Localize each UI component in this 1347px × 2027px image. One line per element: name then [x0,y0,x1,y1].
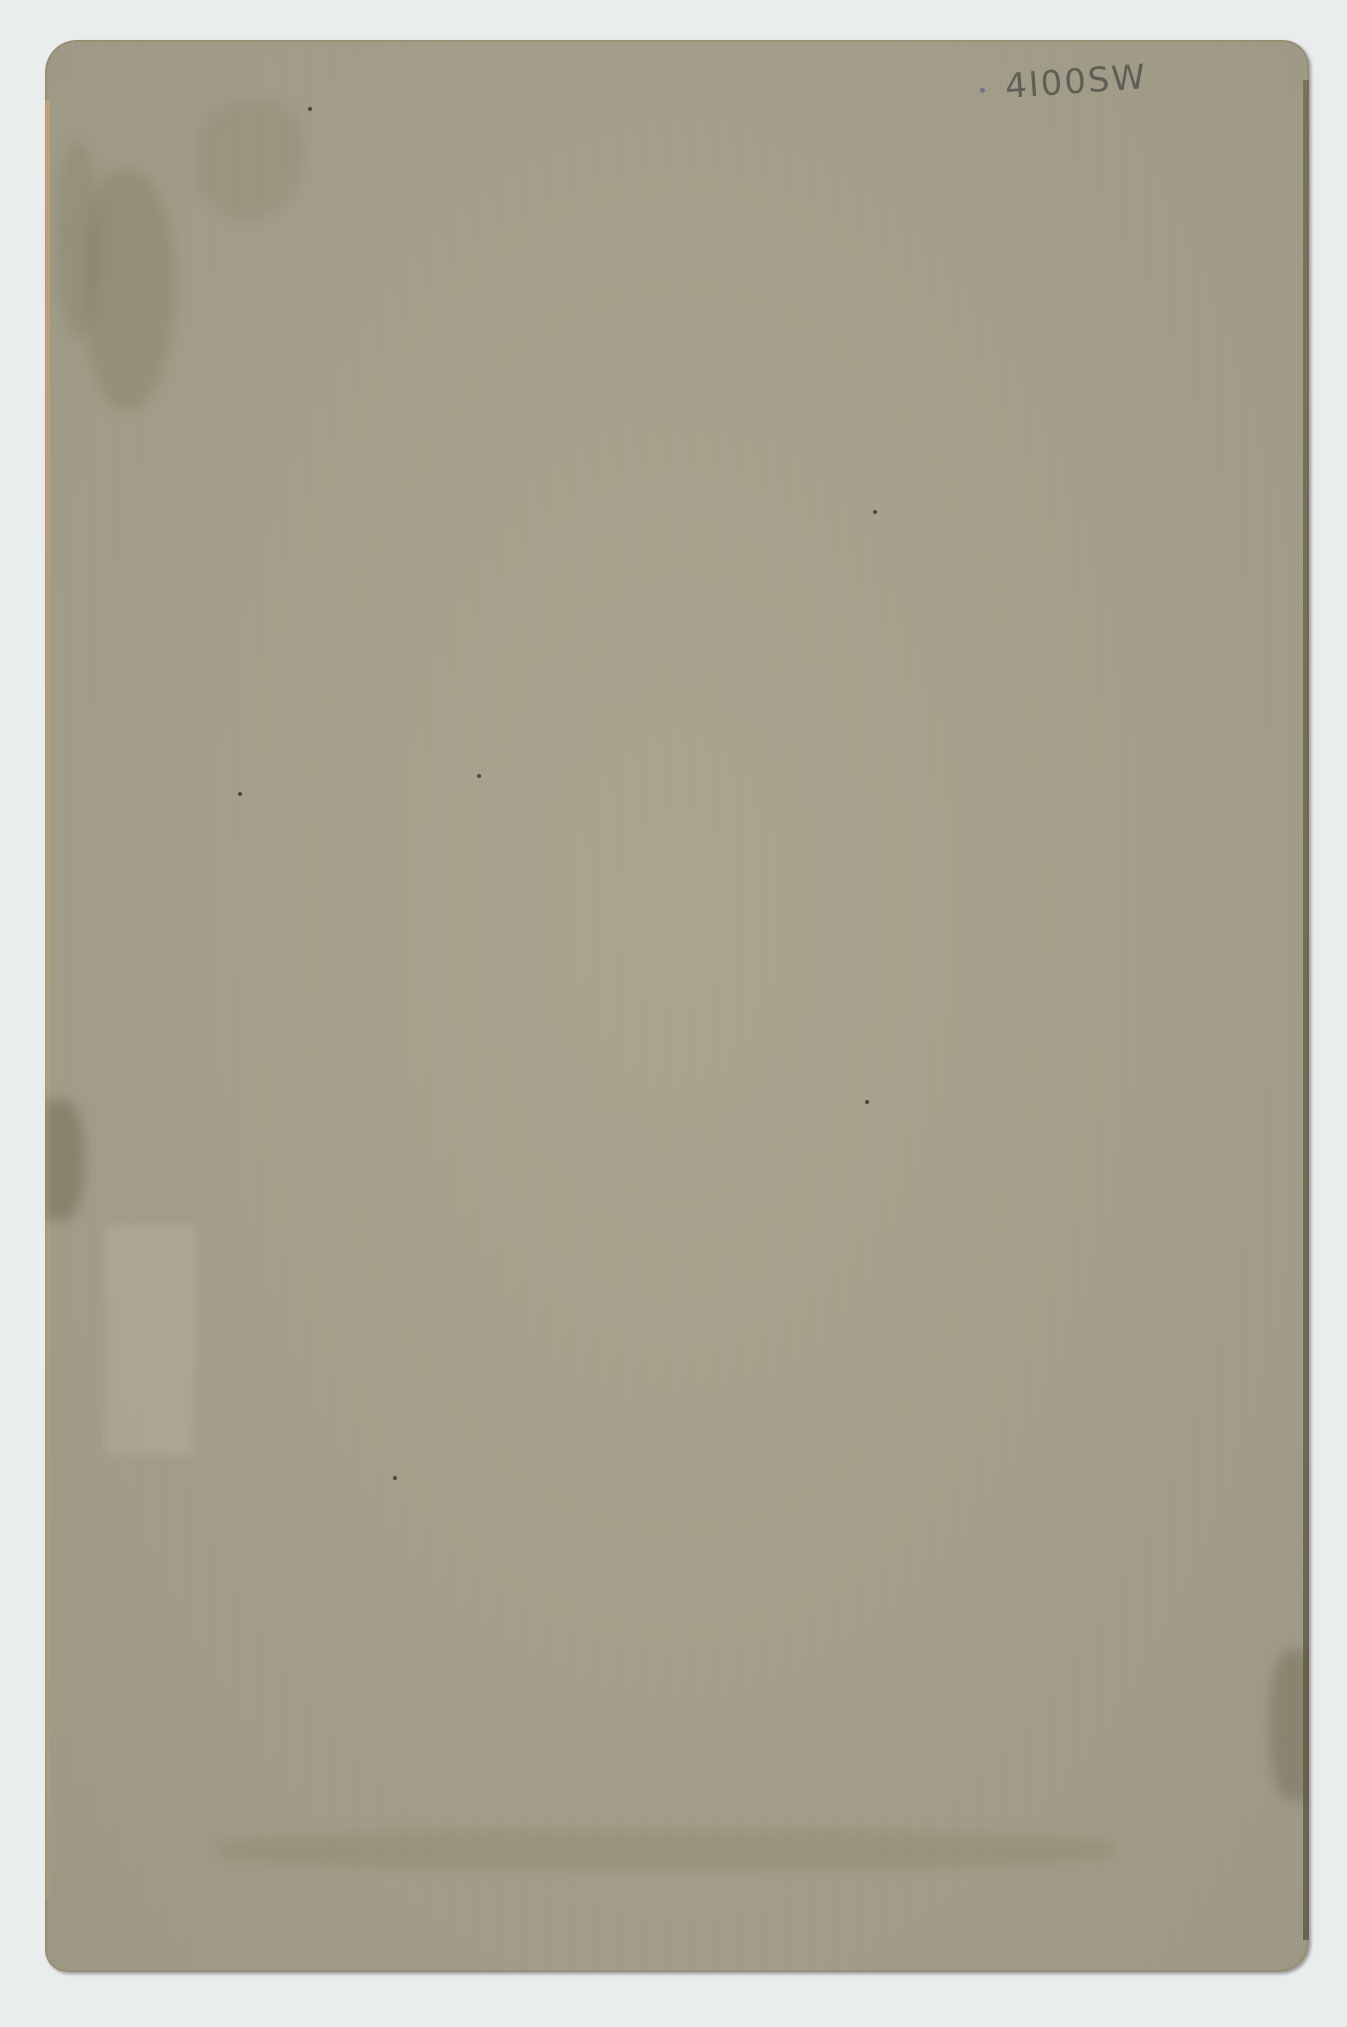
ink-dot [980,88,985,93]
water-stain [85,170,175,410]
water-stain [195,100,305,220]
faded-patch [105,1225,195,1455]
cabinet-card-back: 4I00SW [45,40,1309,1972]
speck [865,1100,869,1104]
speck [238,792,242,796]
speck [477,774,481,778]
scan-background: 4I00SW [0,0,1347,2027]
speck [393,1476,397,1480]
water-stain [1269,1650,1309,1800]
card-left-edge [45,100,50,1900]
handwritten-catalog-number: 4I00SW [1004,57,1149,107]
speck [873,510,877,514]
speck [308,107,312,111]
water-stain [45,1100,85,1220]
water-stain-line [215,1830,1115,1870]
